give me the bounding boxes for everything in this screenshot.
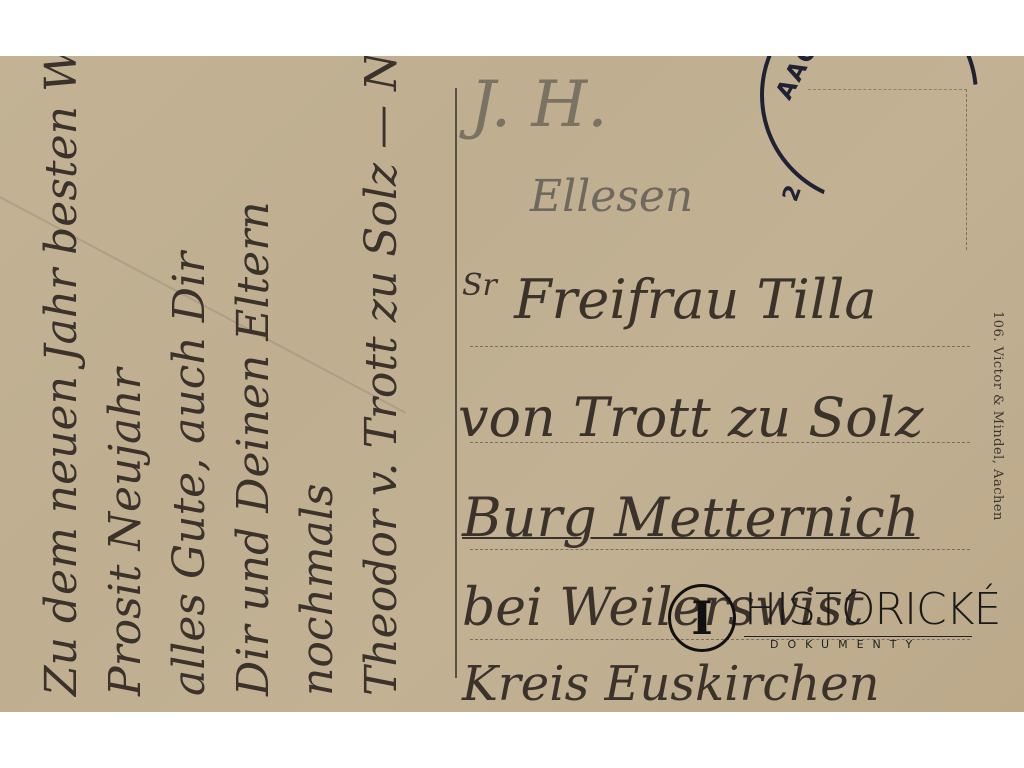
- watermark-title: HISTORICKÉ: [744, 584, 1000, 635]
- handwritten-message: Zu dem neuen Jahr besten Wünschen Prosit…: [30, 56, 450, 696]
- watermark-logo: I HISTORICKÉ DOKUMENTY: [668, 582, 998, 662]
- message-line: Zu dem neuen Jahr besten Wünschen: [30, 56, 94, 696]
- publisher-imprint: 106. Victor & Mindel, Aachen: [990, 311, 1005, 521]
- address-line: Kreis Euskirchen: [462, 656, 880, 712]
- watermark-rule: [744, 636, 972, 637]
- message-line: Theodor v. Trott zu Solz — Nettessen: [350, 56, 414, 696]
- address-line: Burg Metternich: [462, 486, 920, 549]
- address-line: von Trott zu Solz: [458, 386, 924, 449]
- address-initials: J. H.: [470, 68, 608, 142]
- watermark-subtitle: DOKUMENTY: [770, 638, 921, 651]
- postcard: Zu dem neuen Jahr besten Wünschen Prosit…: [0, 56, 1024, 712]
- message-line: Prosit Neujahr: [94, 56, 158, 696]
- address-recipient: Sr Freifrau Tilla: [462, 268, 877, 331]
- center-divider: [455, 88, 457, 678]
- address-line-rule: [470, 549, 970, 550]
- message-line: alles Gute, auch Dir: [158, 56, 222, 696]
- message-line: Dir und Deinen Eltern: [222, 56, 286, 696]
- postmark-number: 2: [778, 182, 807, 205]
- pencil-note: Ellesen: [530, 171, 693, 222]
- logo-emblem-icon: I: [668, 584, 736, 652]
- address-line-rule: [470, 346, 970, 347]
- address-line: Freifrau Tilla: [514, 268, 876, 331]
- address-honorific: Sr: [462, 268, 497, 303]
- message-line: nochmals: [286, 56, 350, 696]
